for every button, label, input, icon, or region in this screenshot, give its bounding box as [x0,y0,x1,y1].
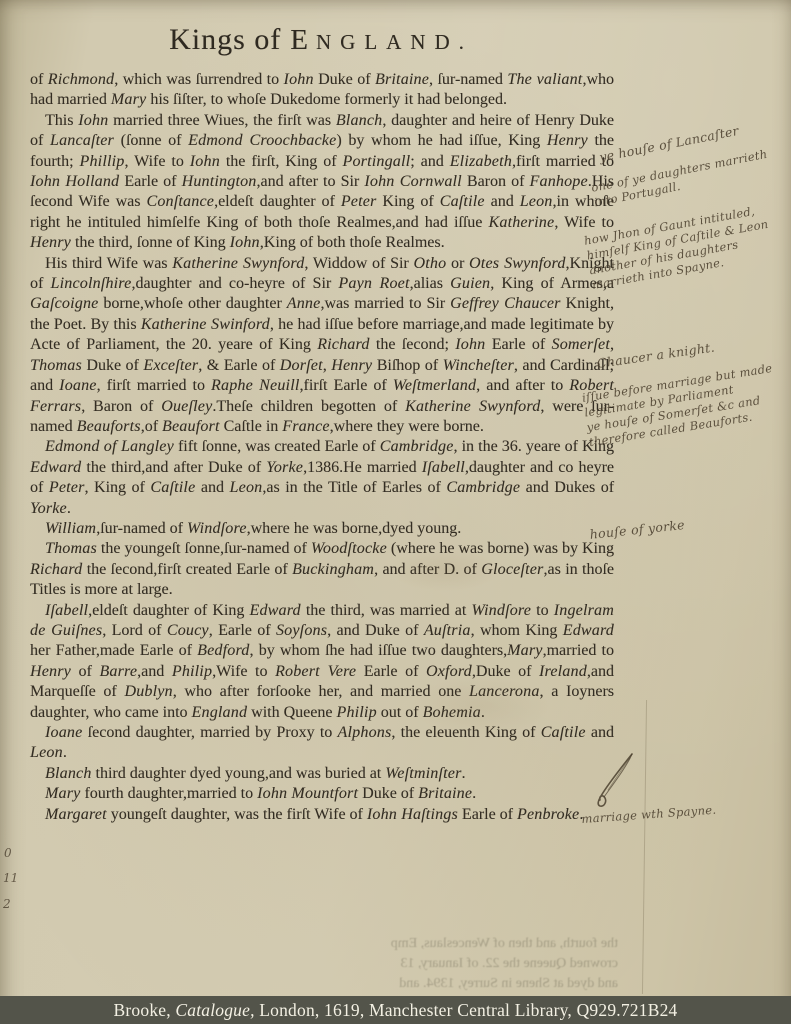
title-initial: E [290,24,308,56]
title-main: Kings of [169,23,281,56]
paragraph: of Richmond, which was ſurrendred to Ioh… [30,70,614,111]
caption-bar: Brooke, Catalogue, London, 1619, Manches… [0,996,791,1024]
margin-number: 0 [4,846,12,860]
page-crease-line [642,700,647,994]
caption-italic: Catalogue, [175,1000,254,1020]
showthrough-line: crowned Queene the 22. of Ianuary, 13 [292,954,618,974]
caption-text: Brooke, Catalogue, London, 1619, Manches… [114,1000,678,1021]
paragraph: William,ſur-named of Windſore,where he w… [30,519,614,539]
title-caps: NGLAND. [316,30,473,54]
showthrough-line: and dyed at Shene in Surrey, 1394. and [292,974,618,994]
showthrough-text: the fourth, and then of Wenceslaus, Empc… [292,934,618,994]
paragraph: His third Wife was Katherine Swynford, W… [30,254,614,438]
paragraph: Iſabell,eldeſt daughter of King Edward t… [30,601,614,723]
pen-flourish-drawing [594,750,640,810]
caption-post: London, 1619, Manchester Central Library… [255,1000,678,1020]
page-title: Kings ofE NGLAND. [30,20,612,57]
paragraph: Mary fourth daughter,married to Iohn Mou… [30,784,614,804]
paragraph: Margaret youngeſt daughter, was the firſ… [30,805,614,825]
showthrough-line: the fourth, and then of Wenceslaus, Emp [292,934,618,954]
book-page-scan: Kings ofE NGLAND. of Richmond, which was… [0,0,791,1024]
paragraph: Ioane ſecond daughter, married by Proxy … [30,723,614,764]
paragraph: This Iohn married three Wiues, the firſt… [30,111,614,254]
margin-number: 11 [3,871,18,885]
caption-pre: Brooke, [114,1000,176,1020]
paragraph: Blanch third daughter dyed young,and was… [30,764,614,784]
paragraph: Thomas the youngeſt ſonne,ſur-named of W… [30,539,614,600]
margin-number: 2 [3,897,11,911]
paragraph: Edmond of Langley fift ſonne, was create… [30,437,614,519]
text-block: of Richmond, which was ſurrendred to Ioh… [30,70,614,825]
